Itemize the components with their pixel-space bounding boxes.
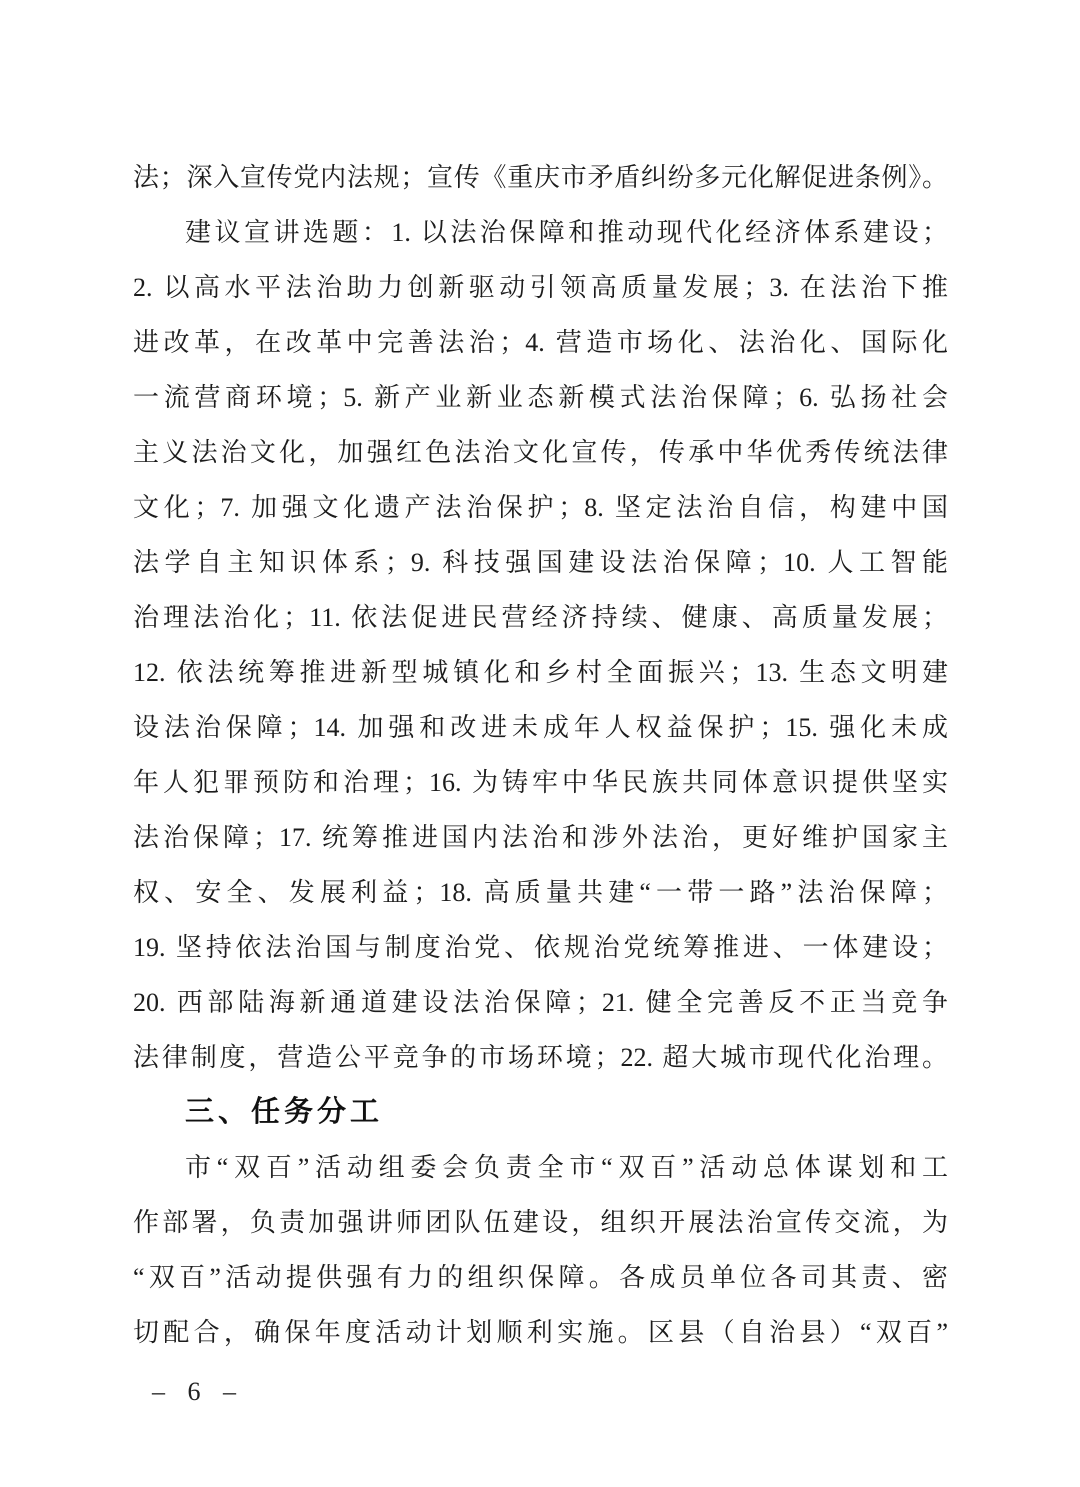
page-number: – 6 – — [152, 1372, 244, 1412]
body-text-line: 主义法治文化，加强红色法治文化宣传，传承中华优秀传统法律 — [133, 425, 948, 480]
body-text-line: 治理法治化；11. 依法促进民营经济持续、健康、高质量发展； — [133, 590, 948, 645]
body-text-line: 19. 坚持依法治国与制度治党、依规治党统筹推进、一体建设； — [133, 920, 948, 975]
document-page: 法；深入宣传党内法规；宣传《重庆市矛盾纠纷多元化解促进条例》。 建议宣讲选题：1… — [0, 0, 1080, 1487]
body-text-line: 12. 依法统筹推进新型城镇化和乡村全面振兴；13. 生态文明建 — [133, 645, 948, 700]
body-text-line: 设法治保障；14. 加强和改进未成年人权益保护；15. 强化未成 — [133, 700, 948, 755]
body-text-line: 权、安全、发展利益；18. 高质量共建“一带一路”法治保障； — [133, 865, 948, 920]
body-text-line: 法律制度，营造公平竞争的市场环境；22. 超大城市现代化治理。 — [133, 1030, 948, 1085]
body-text-line: 文化；7. 加强文化遗产法治保护；8. 坚定法治自信，构建中国 — [133, 480, 948, 535]
paragraph-line: “双百”活动提供强有力的组织保障。各成员单位各司其责、密 — [133, 1250, 948, 1305]
body-text-line: 建议宣讲选题：1. 以法治保障和推动现代化经济体系建设； — [133, 205, 948, 260]
body-text-line: 法治保障；17. 统筹推进国内法治和涉外法治，更好维护国家主 — [133, 810, 948, 865]
body-text-line: 年人犯罪预防和治理；16. 为铸牢中华民族共同体意识提供坚实 — [133, 755, 948, 810]
body-text-line: 进改革，在改革中完善法治；4. 营造市场化、法治化、国际化 — [133, 315, 948, 370]
body-text-line: 20. 西部陆海新通道建设法治保障；21. 健全完善反不正当竞争 — [133, 975, 948, 1030]
page-body-text: 法；深入宣传党内法规；宣传《重庆市矛盾纠纷多元化解促进条例》。 建议宣讲选题：1… — [133, 150, 948, 1360]
body-text-line: 法；深入宣传党内法规；宣传《重庆市矛盾纠纷多元化解促进条例》。 — [133, 150, 948, 205]
body-text-line: 法学自主知识体系；9. 科技强国建设法治保障；10. 人工智能 — [133, 535, 948, 590]
section-heading: 三、任务分工 — [133, 1085, 948, 1140]
paragraph-line: 作部署，负责加强讲师团队伍建设，组织开展法治宣传交流，为 — [133, 1195, 948, 1250]
paragraph-line: 市“双百”活动组委会负责全市“双百”活动总体谋划和工 — [133, 1140, 948, 1195]
body-text-line: 2. 以高水平法治助力创新驱动引领高质量发展；3. 在法治下推 — [133, 260, 948, 315]
paragraph-line: 切配合，确保年度活动计划顺利实施。区县（自治县）“双百” — [133, 1305, 948, 1360]
body-text-line: 一流营商环境；5. 新产业新业态新模式法治保障；6. 弘扬社会 — [133, 370, 948, 425]
